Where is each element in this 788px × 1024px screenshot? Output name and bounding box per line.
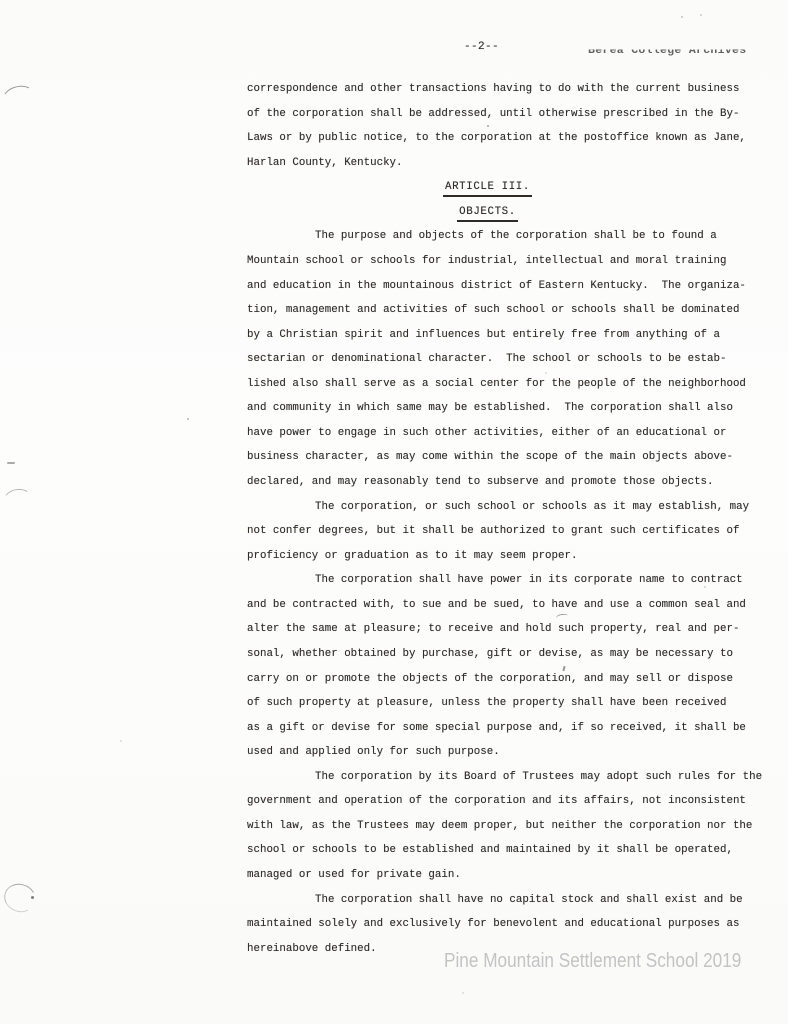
text-line: managed or used for private gain. [247,863,752,888]
watermark: Pine Mountain Settlement School 2019 [444,950,741,973]
text-line: carry on or promote the objects of the c… [247,667,752,692]
text-line: alter the same at pleasure; to receive a… [247,617,752,642]
text-line: Laws or by public notice, to the corpora… [247,126,752,151]
text-line: The corporation shall have no capital st… [247,888,752,913]
text-line: with law, as the Trustees may deem prope… [247,814,752,839]
text-line: have power to engage in such other activ… [247,421,752,446]
scan-artifact-arc-top [0,82,39,115]
text-line: sectarian or denominational character. T… [247,347,752,372]
text-line: maintained solely and exclusively for be… [247,912,752,937]
text-line: sonal, whether obtained by purchase, gif… [247,642,752,667]
text-line: used and applied only for such purpose. [247,740,752,765]
page-number: --2-- [464,41,499,53]
text-line: business character, as may come within t… [247,445,752,470]
text-line: Mountain school or schools for industria… [247,249,752,274]
text-line: government and operation of the corporat… [247,789,752,814]
text-line: correspondence and other transactions ha… [247,77,752,102]
text-line: not confer degrees, but it shall be auth… [247,519,752,544]
section-heading: OBJECTS. [247,200,752,225]
document-body: correspondence and other transactions ha… [247,77,752,961]
text-line: The corporation shall have power in its … [247,568,752,593]
text-line: school or schools to be established and … [247,838,752,863]
scanned-document-page: --2-- Berea College Archives corresponde… [0,0,788,1024]
text-line: declared, and may reasonably tend to sub… [247,470,752,495]
text-line: of the corporation shall be addressed, u… [247,102,752,127]
text-line: The purpose and objects of the corporati… [247,224,752,249]
text-line: and education in the mountainous distric… [247,274,752,299]
text-line: tion, management and activities of such … [247,298,752,323]
text-line: by a Christian spirit and influences but… [247,323,752,348]
text-line: Harlan County, Kentucky. [247,151,752,176]
text-line: as a gift or devise for some special pur… [247,716,752,741]
scan-artifact-arc-middle [1,487,35,516]
section-heading: ARTICLE III. [247,175,752,200]
text-line: and community in which same may be estab… [247,396,752,421]
text-line: The corporation by its Board of Trustees… [247,765,752,790]
text-line: and be contracted with, to sue and be su… [247,593,752,618]
scan-artifact-dot [31,896,34,899]
section-heading-text: OBJECTS. [457,206,518,222]
text-line: The corporation, or such school or schoo… [247,495,752,520]
archive-stamp: Berea College Archives [588,44,746,56]
text-line: of such property at pleasure, unless the… [247,691,752,716]
text-line: proficiency or graduation as to it may s… [247,544,752,569]
section-heading-text: ARTICLE III. [443,181,532,197]
text-line: lished also shall serve as a social cent… [247,372,752,397]
scan-artifact-dash [7,462,15,464]
